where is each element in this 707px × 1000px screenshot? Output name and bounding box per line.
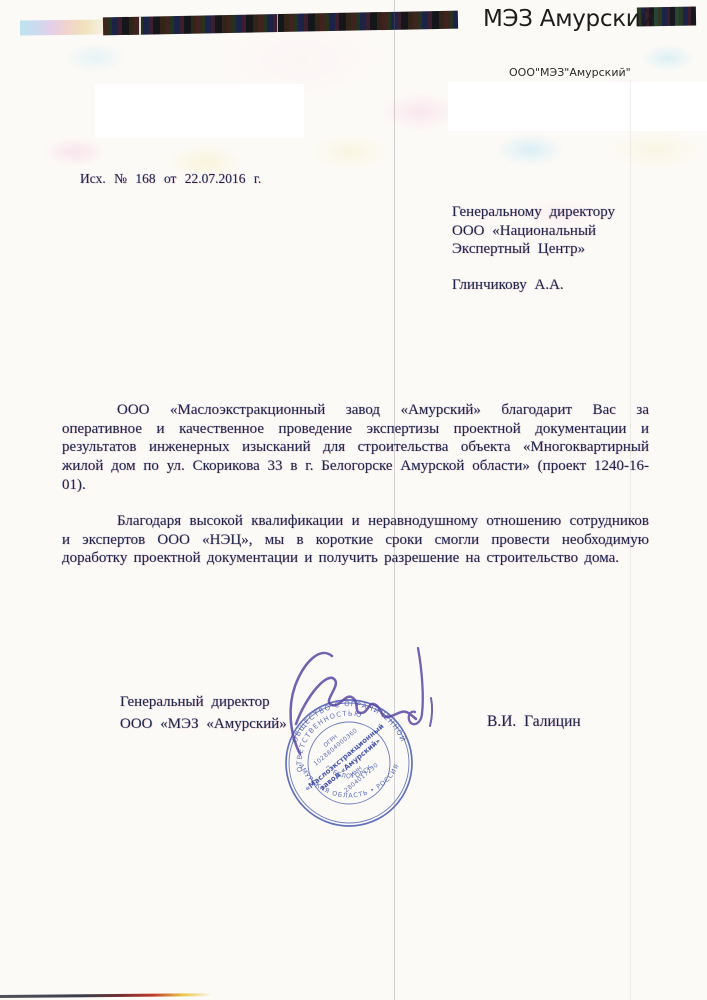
reference-line: Исх. № 168 от 22.07.2016 г. [80,171,261,187]
company-title: МЭЗ Амурский [483,6,655,32]
stamp-and-signature: ОБЩЕСТВО С ОГРАНИЧЕННОЙ ОТВЕТСТВЕННОСТЬЮ… [262,640,452,840]
signature-stroke-tick [430,698,432,726]
signer-name: В.И. Галицин [487,713,581,731]
body-paragraph-1: ООО «Маслоэкстракционный завод «Амурский… [62,401,649,495]
scan-vertical-line-faint [630,80,631,1000]
company-subtitle: ООО"МЭЗ"Амурский" [509,66,631,79]
letterhead-dark-band [103,11,458,36]
recipient-name: Глинчикову А.А. [452,277,564,294]
scanned-letter-page: МЭЗ Амурский ООО"МЭЗ"Амурский" Исх. № 16… [0,0,707,1000]
recipient-line-3: Экспертный Центр» [452,240,615,259]
recipient-line-2: ООО «Национальный [452,222,615,241]
recipient-block: Генеральному директору ООО «Национальный… [452,203,615,259]
body-paragraph-2: Благодаря высокой квалификации и неравно… [62,512,649,568]
scan-vertical-line [394,0,395,1000]
recipient-line-1: Генеральному директору [452,203,615,222]
scan-white-patch-right [448,82,707,131]
scan-white-patch-left [95,84,304,138]
signature-stroke-tail [409,648,423,724]
letterhead-pastel-band [20,20,105,36]
scan-bottom-edge-artifact [0,993,212,998]
